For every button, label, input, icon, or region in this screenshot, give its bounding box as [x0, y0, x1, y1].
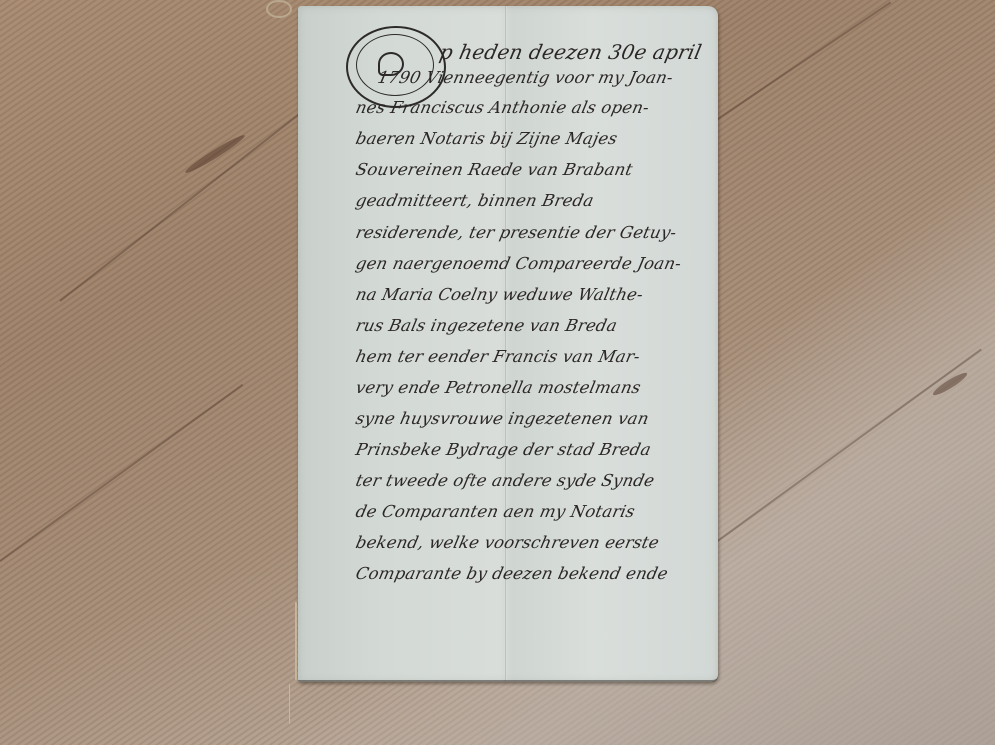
handwritten-line: ter tweede ofte andere syde Synde	[354, 471, 656, 490]
binding-thread	[266, 0, 292, 18]
handwritten-line: Prinsbeke Bydrage der stad Breda	[354, 440, 653, 459]
binding-thread	[289, 684, 290, 724]
handwritten-line: residerende, ter presentie der Getuy-	[354, 223, 678, 242]
handwritten-line: 1790 Vienneegentig voor my Joan-	[376, 68, 675, 87]
handwritten-line: bekend, welke voorschreven eerste	[354, 533, 661, 552]
handwritten-line: gen naergenoemd Compareerde Joan-	[354, 254, 683, 273]
plank-seam	[699, 2, 891, 132]
handwritten-line: geadmitteert, binnen Breda	[354, 191, 596, 210]
handwritten-line: baeren Notaris bij Zijne Majes	[354, 129, 619, 148]
handwritten-line: Souvereinen Raede van Brabant	[354, 160, 635, 179]
handwritten-line: nes Franciscus Anthonie als open-	[354, 98, 651, 117]
handwritten-line: Comparante by deezen bekend ende	[354, 564, 670, 583]
wood-knot	[931, 370, 969, 398]
handwritten-line: hem ter eender Francis van Mar-	[354, 347, 642, 366]
binding-thread	[295, 602, 297, 680]
handwritten-line: rus Bals ingezetene van Breda	[354, 316, 619, 335]
handwritten-line: very ende Petronella mostelmans	[354, 378, 643, 397]
handwritten-line: p heden deezen 30e april	[437, 40, 703, 64]
wood-knot	[183, 132, 247, 176]
handwritten-line: na Maria Coelny weduwe Walthe-	[354, 285, 645, 304]
plank-seam	[689, 349, 981, 562]
handwritten-line: syne huysvrouwe ingezetenen van	[354, 409, 651, 428]
plank-seam	[0, 384, 243, 562]
handwritten-line: de Comparanten aen my Notaris	[354, 502, 637, 521]
